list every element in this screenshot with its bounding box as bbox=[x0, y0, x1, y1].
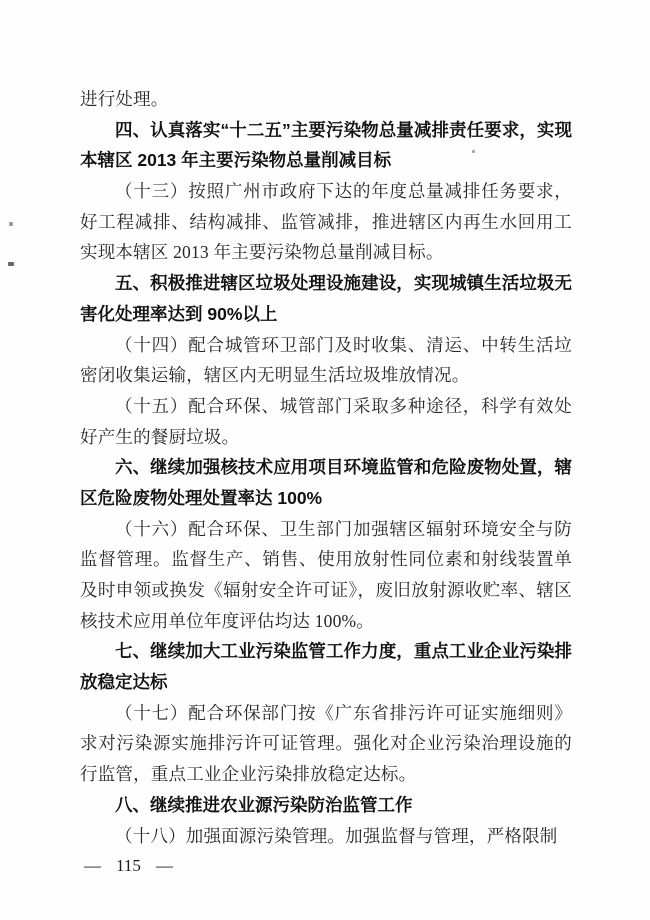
page-footer: — 115 — bbox=[84, 856, 173, 876]
body-line: （十八）加强面源污染管理。加强监督与管理，严格限制生 bbox=[80, 821, 572, 852]
heading-line: 本辖区 2013 年主要污染物总量削减目标 bbox=[80, 145, 572, 176]
scan-artifact-speck bbox=[8, 262, 14, 266]
body-line: 及时申领或换发《辐射安全许可证》，废旧放射源收贮率、辖区内 bbox=[80, 575, 572, 606]
body-line: 好产生的餐厨垃圾。 bbox=[80, 422, 572, 453]
body-paragraph: （十五）配合环保、城管部门采取多种途径，科学有效处理好产生的餐厨垃圾。 bbox=[80, 391, 572, 452]
document-page: 进行处理。四、认真落实“十二五”主要污染物总量减排责任要求，实现本辖区 2013… bbox=[0, 0, 650, 920]
section-heading: 八、继续推进农业源污染防治监管工作 bbox=[80, 790, 572, 821]
section-heading: 四、认真落实“十二五”主要污染物总量减排责任要求，实现本辖区 2013 年主要污… bbox=[80, 115, 572, 176]
body-line: （十四）配合城管环卫部门及时收集、清运、中转生活垃圾， bbox=[80, 330, 572, 361]
heading-line: 四、认真落实“十二五”主要污染物总量减排责任要求，实现 bbox=[80, 115, 572, 146]
heading-line: 七、继续加大工业污染监管工作力度，重点工业企业污染排 bbox=[80, 636, 572, 667]
page-content: 进行处理。四、认真落实“十二五”主要污染物总量减排责任要求，实现本辖区 2013… bbox=[80, 84, 572, 851]
body-line: （十三）按照广州市政府下达的年度总量减排任务要求，抓 bbox=[80, 176, 572, 207]
page-number: 115 bbox=[116, 856, 141, 876]
body-line: 密闭收集运输，辖区内无明显生活垃圾堆放情况。 bbox=[80, 360, 572, 391]
heading-line: 五、积极推进辖区垃圾处理设施建设，实现城镇生活垃圾无 bbox=[80, 268, 572, 299]
section-heading: 六、继续加强核技术应用项目环境监管和危险废物处置，辖区危险废物处理处置率达 10… bbox=[80, 452, 572, 513]
heading-line: 八、继续推进农业源污染防治监管工作 bbox=[80, 790, 572, 821]
body-line: 好工程减排、结构减排、监管减排，推进辖区内再生水回用工作， bbox=[80, 207, 572, 238]
body-paragraph: （十七）配合环保部门按《广东省排污许可证实施细则》要求对污染源实施排污许可证管理… bbox=[80, 698, 572, 790]
heading-line: 六、继续加强核技术应用项目环境监管和危险废物处置，辖 bbox=[80, 452, 572, 483]
scan-artifact-speck bbox=[472, 150, 475, 153]
heading-line: 放稳定达标 bbox=[80, 667, 572, 698]
heading-line: 区危险废物处理处置率达 100% bbox=[80, 483, 572, 514]
body-line: 核技术应用单位年度评估均达 100%。 bbox=[80, 606, 572, 637]
body-line: 求对污染源实施排污许可证管理。强化对企业污染治理设施的运 bbox=[80, 728, 572, 759]
section-heading: 五、积极推进辖区垃圾处理设施建设，实现城镇生活垃圾无害化处理率达到 90%以上 bbox=[80, 268, 572, 329]
body-paragraph: （十八）加强面源污染管理。加强监督与管理，严格限制生 bbox=[80, 821, 572, 852]
body-line: 行监管，重点工业企业污染排放稳定达标。 bbox=[80, 759, 572, 790]
body-paragraph: 进行处理。 bbox=[80, 84, 572, 115]
footer-dash-right: — bbox=[156, 856, 173, 876]
body-paragraph: （十四）配合城管环卫部门及时收集、清运、中转生活垃圾，密闭收集运输，辖区内无明显… bbox=[80, 330, 572, 391]
body-line: 监督管理。监督生产、销售、使用放射性同位素和射线装置单位 bbox=[80, 544, 572, 575]
body-line: 进行处理。 bbox=[80, 84, 572, 115]
footer-dash-left: — bbox=[84, 856, 101, 876]
body-paragraph: （十六）配合环保、卫生部门加强辖区辐射环境安全与防护监督管理。监督生产、销售、使… bbox=[80, 514, 572, 637]
body-line: 实现本辖区 2013 年主要污染物总量削减目标。 bbox=[80, 237, 572, 268]
heading-line: 害化处理率达到 90%以上 bbox=[80, 299, 572, 330]
body-line: （十五）配合环保、城管部门采取多种途径，科学有效处理 bbox=[80, 391, 572, 422]
body-paragraph: （十三）按照广州市政府下达的年度总量减排任务要求，抓好工程减排、结构减排、监管减… bbox=[80, 176, 572, 268]
section-heading: 七、继续加大工业污染监管工作力度，重点工业企业污染排放稳定达标 bbox=[80, 636, 572, 697]
body-line: （十六）配合环保、卫生部门加强辖区辐射环境安全与防护 bbox=[80, 514, 572, 545]
scan-artifact-speck bbox=[9, 222, 13, 226]
body-line: （十七）配合环保部门按《广东省排污许可证实施细则》要 bbox=[80, 698, 572, 729]
